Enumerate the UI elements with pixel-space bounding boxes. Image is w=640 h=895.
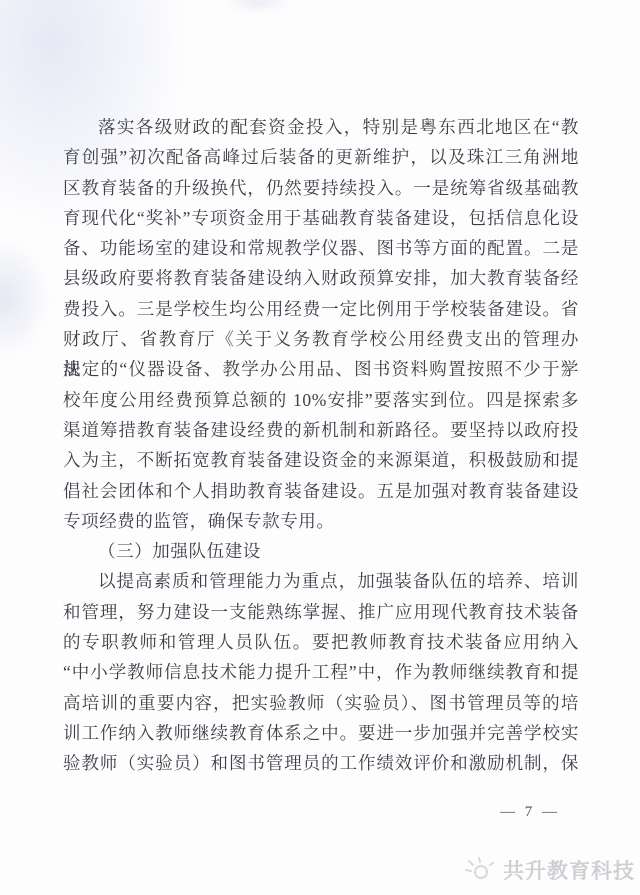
text-line: 县级政府要将教育装备建设纳入财政预算安排，加大教育装备经 [63,263,579,293]
text-line: “中小学教师信息技术能力提升工程”中，作为教师继续教育和提 [63,657,579,687]
scan-artifact [0,238,50,358]
text-line: 和管理，努力建设一支能熟练掌握、推广应用现代教育技术装备 [63,597,579,627]
scan-artifact [222,0,292,12]
text-line: 费投入。三是学校生均公用经费一定比例用于学校装备建设。省 [63,294,579,324]
text-line: 倡社会团体和个人捐助教育装备建设。五是加强对教育装备建设 [63,476,579,506]
text-line: 规定的“仪器设备、教学办公用品、图书资料购置按照不少于学 [63,354,579,384]
text-line: 财政厅、省教育厅《关于义务教育学校公用经费支出的管理办法》 [63,324,579,354]
text-line: 备、功能场室的建设和常规教学仪器、图书等方面的配置。二是 [63,233,579,263]
scanned-document-page: 落实各级财政的配套资金投入，特别是粤东西北地区在“教育创强”初次配备高峰过后装备… [0,0,640,895]
text-line: 高培训的重要内容，把实验教师（实验员）、图书管理员等的培 [63,688,579,718]
text-line: 专项经费的监管，确保专款专用。 [63,506,579,536]
text-line: 入为主，不断拓宽教育装备建设资金的来源渠道，积极鼓励和提 [63,445,579,475]
text-line: 区教育装备的升级换代，仍然要持续投入。一是统筹省级基础教 [63,173,579,203]
text-line: 以提高素质和管理能力为重点，加强装备队伍的培养、培训 [63,566,579,596]
watermark-text: 共升教育科技 [503,855,635,885]
sun-logo-icon [464,857,496,883]
document-lines: 落实各级财政的配套资金投入，特别是粤东西北地区在“教育创强”初次配备高峰过后装备… [63,112,579,779]
text-line: 校年度公用经费预算总额的 10%安排”要落实到位。四是探索多 [63,385,579,415]
watermark: 共升教育科技 [464,855,635,885]
text-line: 训工作纳入教师继续教育体系之中。要进一步加强并完善学校实 [63,718,579,748]
text-line: 验教师（实验员）和图书管理员的工作绩效评价和激励机制，保 [63,748,579,778]
text-line: 育现代化“奖补”专项资金用于基础教育装备建设，包括信息化设 [63,203,579,233]
text-line: 落实各级财政的配套资金投入，特别是粤东西北地区在“教 [63,112,579,142]
text-line: 渠道筹措教育装备建设经费的新机制和新路径。要坚持以政府投 [63,415,579,445]
section-heading: （三）加强队伍建设 [63,536,579,566]
text-line: 的专职教师和管理人员队伍。要把教师教育技术装备应用纳入 [63,627,579,657]
page-number: — 7 — [470,804,590,821]
text-line: 育创强”初次配备高峰过后装备的更新维护，以及珠江三角洲地 [63,142,579,172]
